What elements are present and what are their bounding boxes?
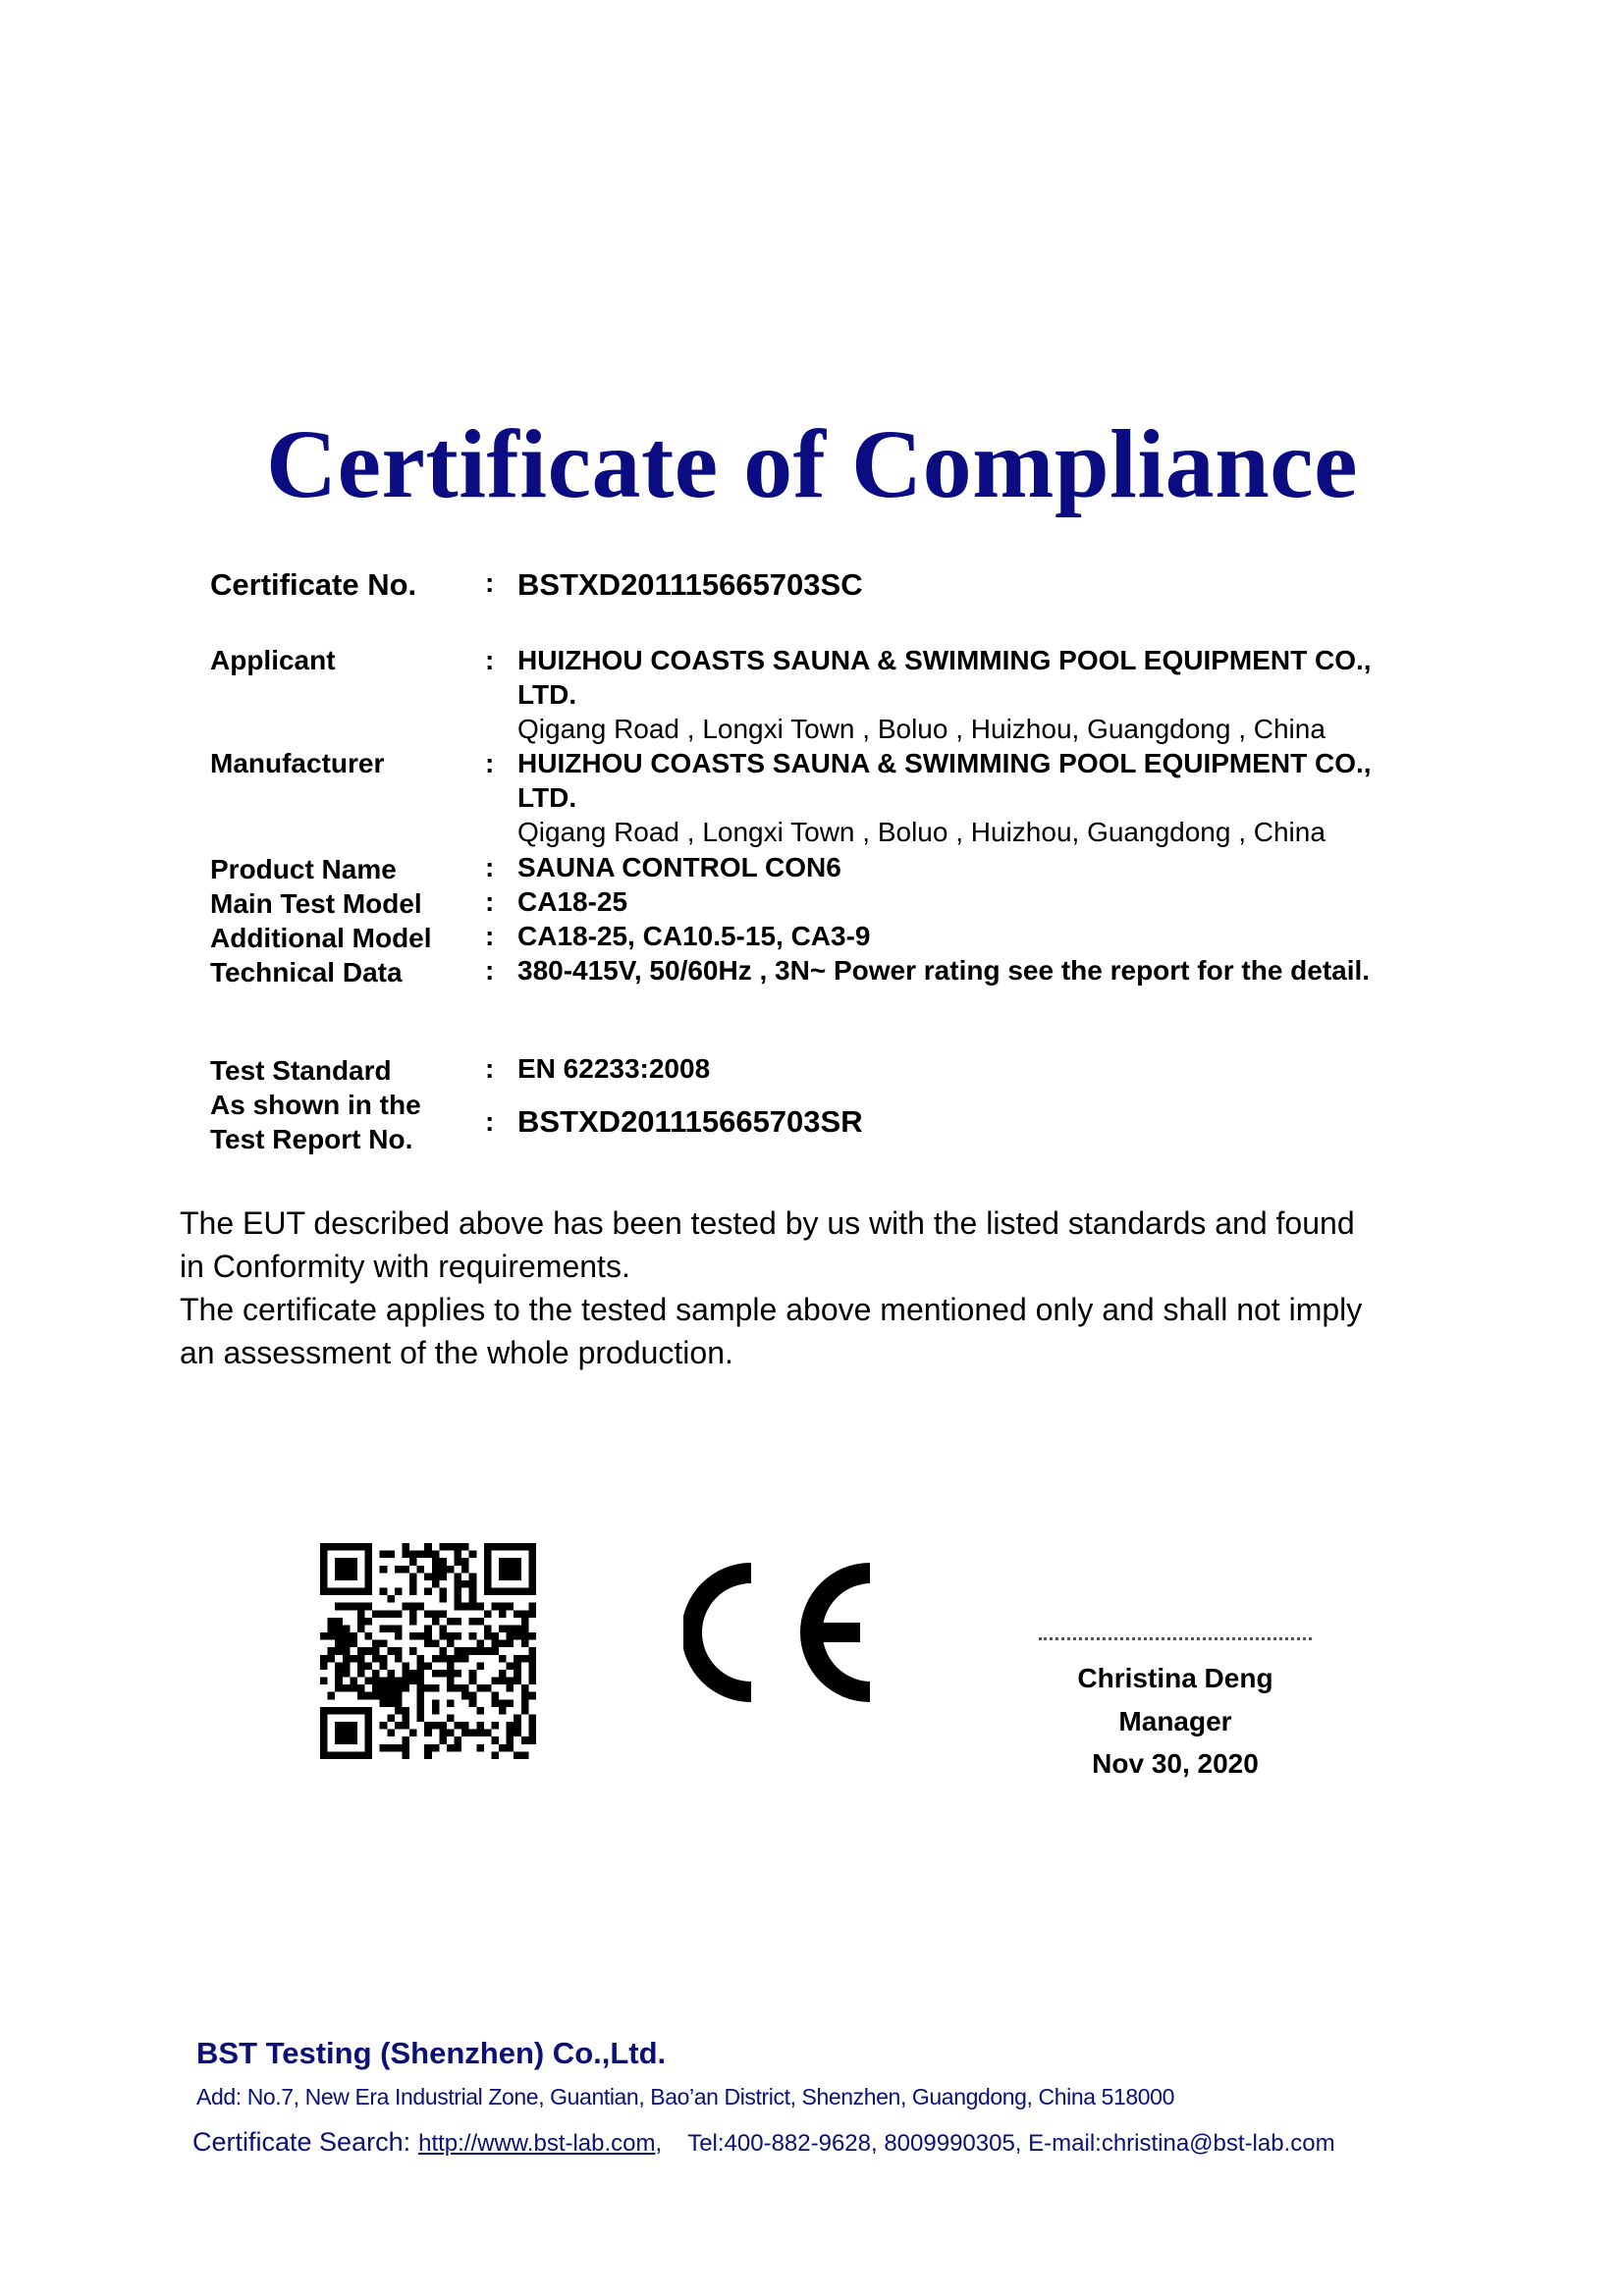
statement-line-3: The certificate applies to the tested sa…: [180, 1288, 1362, 1331]
certificate-title: Certificate of Compliance: [0, 410, 1624, 518]
additional-model-label: Additional Model: [210, 921, 432, 955]
certificate-search-link[interactable]: http://www.bst-lab.com: [418, 2130, 655, 2157]
signatory-position: Manager: [1039, 1700, 1312, 1743]
test-report-label-line2: Test Report No.: [210, 1122, 412, 1156]
signature-line: [1039, 1637, 1312, 1640]
certificate-search-label: Certificate Search:: [192, 2127, 410, 2157]
separator: :: [485, 746, 494, 780]
main-test-model-label: Main Test Model: [210, 886, 422, 921]
test-standard-value: EN 62233:2008: [517, 1051, 710, 1086]
test-report-label-line1: As shown in the: [210, 1088, 421, 1122]
main-test-model-value: CA18-25: [517, 884, 627, 919]
statement-line-2: in Conformity with requirements.: [180, 1245, 630, 1288]
separator: :: [485, 953, 494, 988]
footer-address: Add: No.7, New Era Industrial Zone, Guan…: [196, 2079, 1174, 2114]
applicant-address: Qigang Road , Longxi Town , Boluo , Huiz…: [517, 712, 1326, 746]
technical-data-label: Technical Data: [210, 955, 403, 989]
certificate-no-label: Certificate No.: [210, 567, 416, 602]
technical-data-value: 380-415V, 50/60Hz , 3N~ Power rating see…: [517, 953, 1370, 988]
manufacturer-name-line2: LTD.: [517, 780, 576, 815]
certificate-no-value: BSTXD201115665703SC: [517, 567, 863, 602]
applicant-name-line1: HUIZHOU COASTS SAUNA & SWIMMING POOL EQU…: [517, 643, 1372, 677]
applicant-label: Applicant: [210, 643, 336, 677]
test-standard-label: Test Standard: [210, 1053, 392, 1088]
applicant-name-line2: LTD.: [517, 677, 576, 712]
footer-company-name: BST Testing (Shenzhen) Co.,Ltd.: [196, 2032, 666, 2075]
separator: :: [485, 1051, 494, 1086]
separator: :: [485, 919, 494, 953]
additional-model-value: CA18-25, CA10.5-15, CA3-9: [517, 919, 871, 953]
separator: :: [485, 565, 494, 600]
statement-line-1: The EUT described above has been tested …: [180, 1201, 1355, 1245]
manufacturer-label: Manufacturer: [210, 746, 384, 780]
manufacturer-name-line1: HUIZHOU COASTS SAUNA & SWIMMING POOL EQU…: [517, 746, 1372, 780]
product-name-label: Product Name: [210, 852, 397, 886]
manufacturer-address: Qigang Road , Longxi Town , Boluo , Huiz…: [517, 815, 1326, 849]
qr-code-icon: [320, 1543, 536, 1759]
product-name-value: SAUNA CONTROL CON6: [517, 850, 841, 884]
footer-search-line: Certificate Search:http://www.bst-lab.co…: [192, 2122, 1335, 2163]
test-report-value: BSTXD201115665703SR: [517, 1104, 863, 1139]
separator: :: [485, 884, 494, 919]
statement-line-4: an assessment of the whole production.: [180, 1331, 733, 1374]
ce-mark-icon: [683, 1563, 878, 1702]
footer-contact: Tel:400-882-9628, 8009990305, E-mail:chr…: [687, 2130, 1334, 2157]
separator: :: [485, 643, 494, 677]
signature-date: Nov 30, 2020: [1039, 1742, 1312, 1786]
separator: :: [485, 1104, 494, 1139]
separator: :: [485, 850, 494, 884]
signatory-name: Christina Deng: [1039, 1657, 1312, 1700]
link-suffix: ,: [656, 2130, 663, 2157]
